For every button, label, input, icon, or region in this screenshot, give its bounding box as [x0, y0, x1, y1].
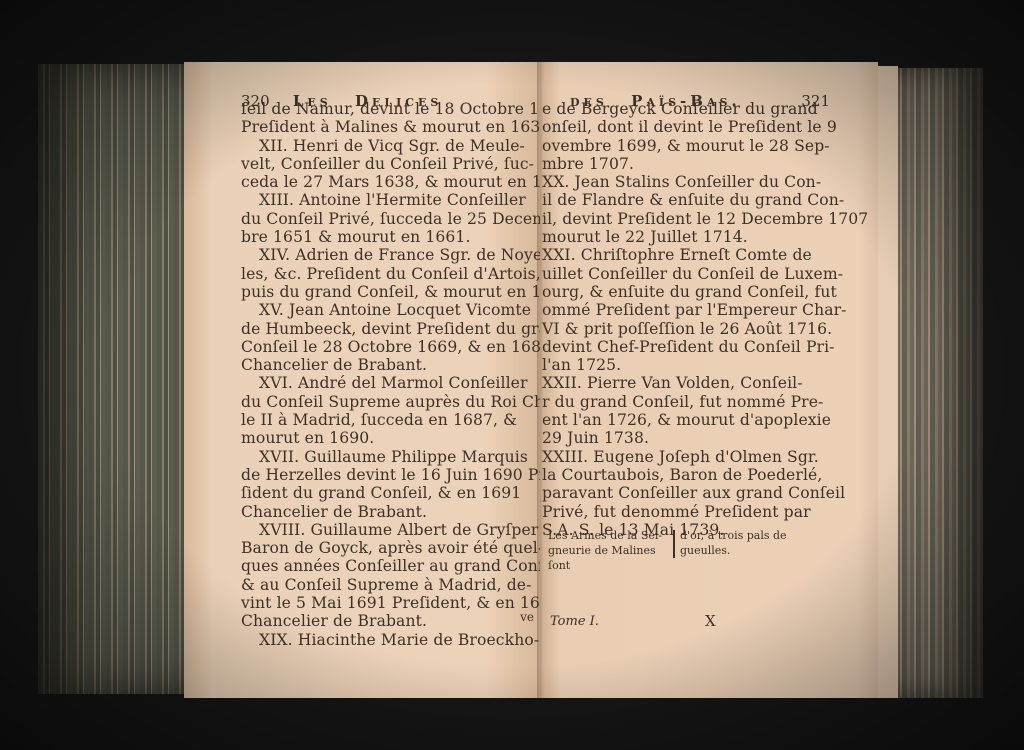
text-line: r du grand Conſeil, fut nommé Pre-: [542, 393, 830, 411]
text-line: uillet Conſeiller du Conſeil de Luxem-: [542, 265, 830, 283]
left-page: 320 Les Delices ſeil de Namur, devint le…: [184, 62, 540, 698]
text-line: Privé, fut denommé Preſident par: [542, 503, 830, 521]
text-line: velt, Conſeiller du Conſeil Privé, ſuc-: [241, 155, 537, 173]
text-line: XXII. Pierre Van Volden, Conſeil-: [542, 374, 830, 392]
text-line: ovembre 1699, & mourut le 28 Sep-: [542, 137, 830, 155]
text-line: vint le 5 Mai 1691 Preſident, & en 1698: [241, 594, 537, 612]
text-line: mbre 1707.: [542, 155, 830, 173]
text-line: il, devint Preſident le 12 Decembre 1707: [542, 210, 830, 228]
text-line: le II à Madrid, ſucceda en 1687, &: [241, 411, 537, 429]
text-line: Conſeil le 28 Octobre 1669, & en 1687: [241, 338, 537, 356]
text-line: ourg, & enſuite du grand Conſeil, fut: [542, 283, 830, 301]
signature-mark: X: [705, 612, 716, 630]
text-line: VI & prit poſſeſſion le 26 Août 1716.: [542, 320, 830, 338]
text-line: devint Chef-Preſident du Conſeil Pri-: [542, 338, 830, 356]
arms-note-left: Les Armes de la Sei- gneurie de Malines …: [548, 528, 670, 573]
arms-line: d'or, à trois pals de: [680, 528, 830, 543]
text-line: Chancelier de Brabant.: [241, 356, 537, 374]
text-line: paravant Conſeiller aux grand Conſeil: [542, 484, 830, 502]
text-line: l'an 1725.: [542, 356, 830, 374]
text-line: bre 1651 & mourut en 1661.: [241, 228, 537, 246]
text-line: XVII. Guillaume Philippe Marquis: [241, 448, 537, 466]
arms-line: Les Armes de la Sei-: [548, 528, 670, 543]
text-line: XIII. Antoine l'Hermite Conſeiller: [241, 191, 537, 209]
text-line: Preſident à Malines & mourut en 1638.: [241, 118, 537, 136]
text-line: XIV. Adrien de France Sgr. de Noyel-: [241, 246, 537, 264]
left-page-text: ſeil de Namur, devint le 18 Octobre 1628…: [241, 100, 537, 649]
text-line: Chancelier de Brabant.: [241, 503, 537, 521]
arms-note-right: d'or, à trois pals de gueulles.: [680, 528, 830, 558]
text-line: XIX. Hiacinthe Marie de Broeckho-: [241, 631, 537, 649]
text-line: XX. Jean Stalins Conſeiller du Con-: [542, 173, 830, 191]
arms-line: gueulles.: [680, 543, 830, 558]
text-line: puis du grand Conſeil, & mourut en 1668.: [241, 283, 537, 301]
volume-label: Tome I.: [550, 614, 599, 629]
text-line: XV. Jean Antoine Locquet Vicomte: [241, 301, 537, 319]
text-line: ommé Preſident par l'Empereur Char-: [542, 301, 830, 319]
page-edges-right: [893, 68, 983, 698]
text-line: ent l'an 1726, & mourut d'apoplexie: [542, 411, 830, 429]
text-line: mourut en 1690.: [241, 429, 537, 447]
text-line: XVI. André del Marmol Conſeiller: [241, 374, 537, 392]
text-line: XXIII. Eugene Joſeph d'Olmen Sgr.: [542, 448, 830, 466]
right-page: des Païs-Bas. 321 e de Bergeyck Conſeill…: [540, 62, 878, 698]
text-line: la Courtaubois, Baron de Poederlé,: [542, 466, 830, 484]
text-line: ceda le 27 Mars 1638, & mourut en 1651.: [241, 173, 537, 191]
page-edges-left: [38, 64, 188, 694]
text-line: ſeil de Namur, devint le 18 Octobre 1628: [241, 100, 537, 118]
open-book: 320 Les Delices ſeil de Namur, devint le…: [38, 60, 978, 700]
text-line: Baron de Goyck, après avoir été quel-: [241, 539, 537, 557]
book-gutter: [537, 62, 543, 698]
text-line: 29 Juin 1738.: [542, 429, 830, 447]
right-page-text: e de Bergeyck Conſeiller du grandonſeil,…: [542, 100, 830, 539]
text-line: du Conſeil Privé, ſucceda le 25 Decem-: [241, 210, 537, 228]
catchword: ve: [520, 610, 534, 624]
text-line: XXI. Chriſtophre Erneſt Comte de: [542, 246, 830, 264]
text-line: XVIII. Guillaume Albert de Gryſper: [241, 521, 537, 539]
text-line: e de Bergeyck Conſeiller du grand: [542, 100, 830, 118]
text-line: il de Flandre & enſuite du grand Con-: [542, 191, 830, 209]
text-line: ques années Conſeiller au grand Conſeil: [241, 557, 537, 575]
text-line: de Humbeeck, devint Preſident du grand: [241, 320, 537, 338]
text-line: onſeil, dont il devint le Preſident le 9: [542, 118, 830, 136]
arms-line: gneurie de Malines ſont: [548, 543, 670, 573]
text-line: du Conſeil Supreme auprès du Roi Char-: [241, 393, 537, 411]
text-line: les, &c. Preſident du Conſeil d'Artois, …: [241, 265, 537, 283]
text-line: Chancelier de Brabant.: [241, 612, 537, 630]
brace-divider: [673, 530, 675, 558]
page-edge-strip: [876, 66, 898, 698]
text-line: & au Conſeil Supreme à Madrid, de-: [241, 576, 537, 594]
text-line: ſident du grand Conſeil, & en 1691: [241, 484, 537, 502]
text-line: de Herzelles devint le 16 Juin 1690 Pre-: [241, 466, 537, 484]
text-line: mourut le 22 Juillet 1714.: [542, 228, 830, 246]
text-line: XII. Henri de Vicq Sgr. de Meule-: [241, 137, 537, 155]
